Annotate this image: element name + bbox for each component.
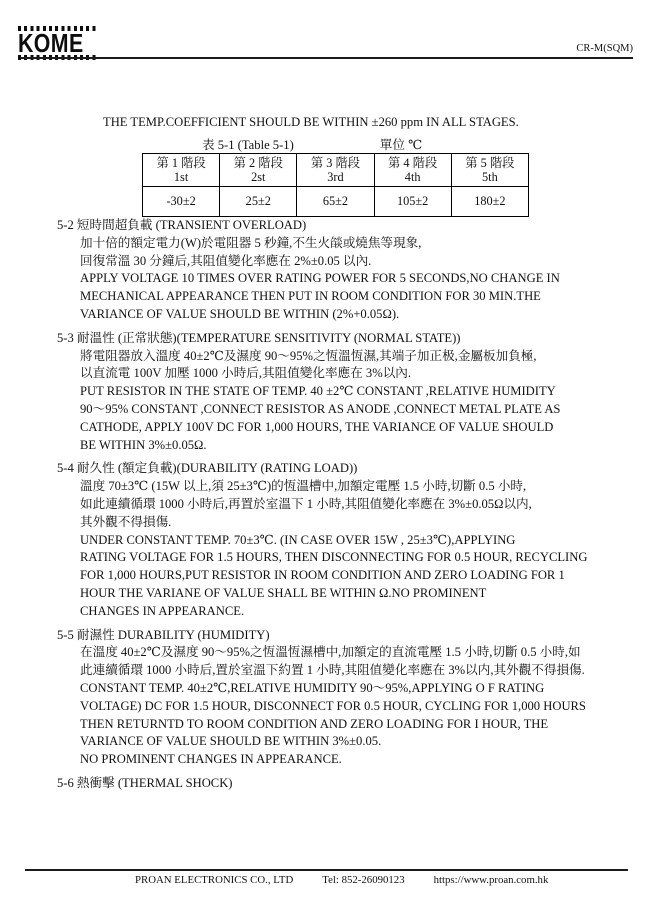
- section-line: CHANGES IN APPEARANCE.: [0, 603, 650, 621]
- table-value-cell: 105±2: [374, 187, 451, 217]
- table-value-cell: 25±2: [220, 187, 297, 217]
- section-line: 此連續循環 1000 小時后,置於室溫下約置 1 小時,其阻值變化率應在 3%以…: [0, 662, 650, 680]
- footer-url: https://www.proan.com.hk: [434, 874, 549, 886]
- section-line: 如此連續循環 1000 小時后,再置於室溫下 1 小時,其阻值變化率應在 3%±…: [0, 496, 650, 514]
- section-line: NO PROMINENT CHANGES IN APPEARANCE.: [0, 751, 650, 769]
- section-5-6: 5-6 熱衝擊 (THERMAL SHOCK): [0, 775, 650, 793]
- table-value-cell: 65±2: [297, 187, 374, 217]
- stage-label-en: 5th: [452, 170, 528, 185]
- section-line: 將電阻器放入溫度 40±2℃及濕度 90～95%之恆溫恆濕,其端子加正极,金屬板…: [0, 348, 650, 366]
- section-line: APPLY VOLTAGE 10 TIMES OVER RATING POWER…: [0, 270, 650, 288]
- temp-coefficient-statement: THE TEMP.COEFFICIENT SHOULD BE WITHIN ±2…: [103, 115, 519, 130]
- section-line: UNDER CONSTANT TEMP. 70±3℃. (IN CASE OVE…: [0, 532, 650, 550]
- section-heading: 5-2 短時間超負載 (TRANSIENT OVERLOAD): [0, 217, 650, 235]
- section-line: CONSTANT TEMP. 40±2℃,RELATIVE HUMIDITY 9…: [0, 680, 650, 698]
- table-header-cell: 第 5 階段 5th: [451, 154, 528, 187]
- section-line: CATHODE, APPLY 100V DC FOR 1,000 HOURS, …: [0, 419, 650, 437]
- section-line: 以直流電 100V 加壓 1000 小時后,其阻值變化率應在 3%以內.: [0, 365, 650, 383]
- logo-text: KOME: [18, 31, 84, 55]
- section-line: VARIANCE OF VALUE SHOULD BE WITHIN 3%±0.…: [0, 733, 650, 751]
- table-caption-row: 表 5-1 (Table 5-1) 單位 ℃: [142, 134, 529, 153]
- section-line: BE WITHIN 3%±0.05Ω.: [0, 437, 650, 455]
- table-caption: 表 5-1 (Table 5-1): [202, 134, 294, 153]
- section-heading: 5-3 耐溫性 (正常狀態)(TEMPERATURE SENSITIVITY (…: [0, 330, 650, 348]
- section-line: 回復常溫 30 分鐘后,其阻值變化率應在 2%±0.05 以內.: [0, 253, 650, 271]
- table-header-cell: 第 2 階段 2st: [220, 154, 297, 187]
- section-line: PUT RESISTOR IN THE STATE OF TEMP. 40 ±2…: [0, 383, 650, 401]
- header-divider: [20, 57, 633, 59]
- table-header-cell: 第 4 階段 4th: [374, 154, 451, 187]
- table-header-cell: 第 3 階段 3rd: [297, 154, 374, 187]
- stage-label-zh: 第 1 階段: [143, 156, 219, 171]
- section-line: FOR 1,000 HOURS,PUT RESISTOR IN ROOM CON…: [0, 567, 650, 585]
- spec-sections: 5-2 短時間超負載 (TRANSIENT OVERLOAD)加十倍的額定電力(…: [0, 217, 650, 793]
- section-line: 加十倍的額定電力(W)於電阻器 5 秒鐘,不生火燄或燒焦等現象,: [0, 235, 650, 253]
- stage-label-en: 1st: [143, 170, 219, 185]
- datasheet-page: KOME CR-M(SQM) THE TEMP.COEFFICIENT SHOU…: [0, 0, 650, 914]
- stage-label-en: 3rd: [297, 170, 373, 185]
- section-heading: 5-4 耐久性 (額定負載)(DURABILITY (RATING LOAD)): [0, 460, 650, 478]
- footer-tel: Tel: 852-26090123: [322, 874, 404, 886]
- section-5-4: 5-4 耐久性 (額定負載)(DURABILITY (RATING LOAD))…: [0, 460, 650, 620]
- section-line: RATING VOLTAGE FOR 1.5 HOURS, THEN DISCO…: [0, 549, 650, 567]
- document-code: CR-M(SQM): [576, 43, 633, 54]
- section-line: THEN RETURNTD TO ROOM CONDITION AND ZERO…: [0, 716, 650, 734]
- stage-label-zh: 第 5 階段: [452, 156, 528, 171]
- section-line: 90～95% CONSTANT ,CONNECT RESISTOR AS ANO…: [0, 401, 650, 419]
- section-line: 溫度 70±3℃ (15W 以上,須 25±3℃)的恆溫槽中,加額定電壓 1.5…: [0, 478, 650, 496]
- footer-divider: [25, 869, 628, 871]
- kome-logo: KOME: [18, 26, 98, 60]
- stage-label-zh: 第 4 階段: [375, 156, 451, 171]
- stage-label-en: 4th: [375, 170, 451, 185]
- stage-label-en: 2st: [220, 170, 296, 185]
- section-heading: 5-6 熱衝擊 (THERMAL SHOCK): [0, 775, 650, 793]
- section-heading: 5-5 耐濕性 DURABILITY (HUMIDITY): [0, 627, 650, 645]
- table-value-row: -30±2 25±2 65±2 105±2 180±2: [143, 187, 529, 217]
- stage-label-zh: 第 2 階段: [220, 156, 296, 171]
- stage-label-zh: 第 3 階段: [297, 156, 373, 171]
- section-line: 在溫度 40±2℃及濕度 90～95%之恆溫恆濕槽中,加額定的直流電壓 1.5 …: [0, 644, 650, 662]
- section-line: 其外觀不得損傷.: [0, 514, 650, 532]
- table-unit-label: 單位 ℃: [380, 134, 422, 153]
- table-value-cell: 180±2: [451, 187, 528, 217]
- section-5-3: 5-3 耐溫性 (正常狀態)(TEMPERATURE SENSITIVITY (…: [0, 330, 650, 455]
- section-line: HOUR THE VARIANE OF VALUE SHALL BE WITHI…: [0, 585, 650, 603]
- table-header-row: 第 1 階段 1st 第 2 階段 2st 第 3 階段 3rd 第 4 階段 …: [143, 154, 529, 187]
- section-5-5: 5-5 耐濕性 DURABILITY (HUMIDITY)在溫度 40±2℃及濕…: [0, 627, 650, 769]
- footer-company: PROAN ELECTRONICS CO., LTD: [135, 874, 293, 886]
- section-line: VARIANCE OF VALUE SHOULD BE WITHIN (2%+0…: [0, 306, 650, 324]
- temp-stage-table: 第 1 階段 1st 第 2 階段 2st 第 3 階段 3rd 第 4 階段 …: [142, 153, 529, 217]
- section-line: MECHANICAL APPEARANCE THEN PUT IN ROOM C…: [0, 288, 650, 306]
- table-header-cell: 第 1 階段 1st: [143, 154, 220, 187]
- table-value-cell: -30±2: [143, 187, 220, 217]
- footer: PROAN ELECTRONICS CO., LTD Tel: 852-2609…: [135, 874, 548, 886]
- section-5-2: 5-2 短時間超負載 (TRANSIENT OVERLOAD)加十倍的額定電力(…: [0, 217, 650, 324]
- section-line: VOLTAGE) DC FOR 1.5 HOUR, DISCONNECT FOR…: [0, 698, 650, 716]
